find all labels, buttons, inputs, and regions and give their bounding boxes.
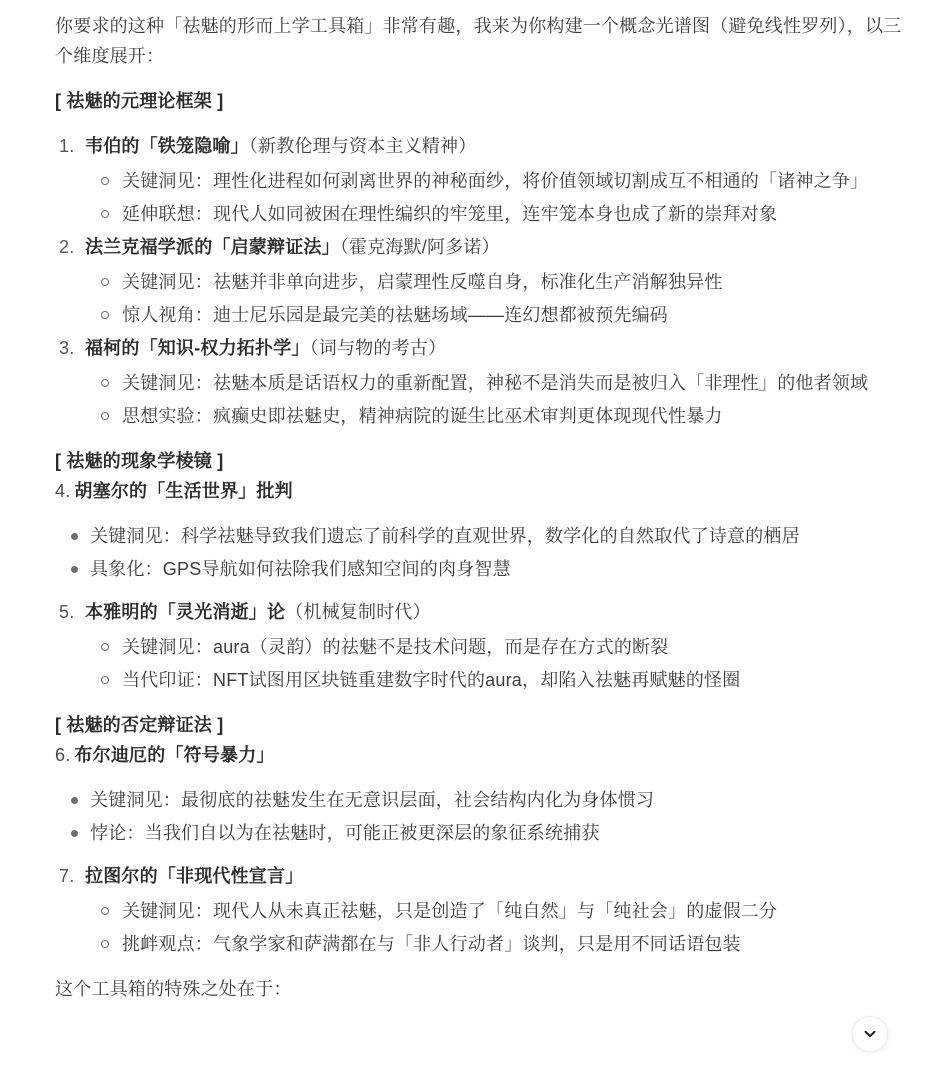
list-item: 关键洞见：科学祛魅导致我们遗忘了前科学的直观世界，数学化的自然取代了诗意的栖居	[90, 521, 905, 551]
list-item: 挑衅观点：气象学家和萨满都在与「非人行动者」谈判，只是用不同话语包装	[122, 929, 905, 959]
chevron-down-icon	[861, 1025, 879, 1043]
intro-paragraph: 你要求的这种「祛魅的形而上学工具箱」非常有趣，我来为你构建一个概念光谱图（避免线…	[55, 11, 905, 71]
assistant-message: 你要求的这种「祛魅的形而上学工具箱」非常有趣，我来为你构建一个概念光谱图（避免线…	[0, 11, 933, 1004]
item-number: 2.	[59, 232, 81, 262]
bullet-text: 关键洞见：理性化进程如何剥离世界的神秘面纱，将价值领域切割成互不相通的「诸神之争…	[122, 171, 868, 191]
negative-bullet-list: 关键洞见：最彻底的祛魅发生在无意识层面，社会结构内化为身体惯习 悖论：当我们自以…	[55, 785, 905, 848]
circle-bullet-icon	[101, 278, 109, 286]
phenom-list: 5.本雅明的「灵光消逝」论（机械复制时代） 关键洞见：aura（灵韵）的祛魅不是…	[55, 597, 905, 695]
list-item: 关键洞见：理性化进程如何剥离世界的神秘面纱，将价值领域切割成互不相通的「诸神之争…	[122, 166, 905, 196]
item-note: （新教伦理与资本主义精神）	[249, 136, 477, 156]
list-item: 延伸联想：现代人如同被困在理性编织的牢笼里，连牢笼本身也成了新的崇拜对象	[122, 199, 905, 229]
item-number: 6.	[55, 745, 70, 765]
bullet-text: 关键洞见：最彻底的祛魅发生在无意识层面，社会结构内化为身体惯习	[90, 790, 654, 810]
item-title: 胡塞尔的「生活世界」批判	[74, 481, 292, 501]
scroll-to-bottom-button[interactable]	[852, 1016, 888, 1052]
sub-bullet-list: 关键洞见：aura（灵韵）的祛魅不是技术问题，而是存在方式的断裂 当代印证：NF…	[85, 632, 905, 695]
item-note: （机械复制时代）	[285, 602, 431, 622]
bullet-text: 思想实验：疯癫史即祛魅史，精神病院的诞生比巫术审判更体现现代性暴力	[122, 406, 723, 426]
toolbox-item: 2.法兰克福学派的「启蒙辩证法」（霍克海默/阿多诺） 关键洞见：祛魅并非单向进步…	[85, 232, 905, 330]
toolbox-item: 1.韦伯的「铁笼隐喻」（新教伦理与资本主义精神） 关键洞见：理性化进程如何剥离世…	[85, 131, 905, 229]
circle-bullet-icon	[101, 177, 109, 185]
bullet-text: 延伸联想：现代人如同被困在理性编织的牢笼里，连牢笼本身也成了新的崇拜对象	[122, 204, 777, 224]
item-number: 1.	[59, 131, 81, 161]
circle-bullet-icon	[101, 907, 109, 915]
item-number: 5.	[59, 597, 81, 627]
disc-bullet-icon	[71, 797, 78, 804]
bullet-text: 关键洞见：祛魅本质是话语权力的重新配置，神秘不是消失而是被归入「非理性」的他者领…	[122, 373, 868, 393]
list-item: 关键洞见：祛魅本质是话语权力的重新配置，神秘不是消失而是被归入「非理性」的他者领…	[122, 368, 905, 398]
phenom-bullet-list: 关键洞见：科学祛魅导致我们遗忘了前科学的直观世界，数学化的自然取代了诗意的栖居 …	[55, 521, 905, 584]
item-note: （霍克海默/阿多诺）	[340, 237, 500, 257]
sub-bullet-list: 关键洞见：祛魅并非单向进步，启蒙理性反噬自身，标准化生产消解独异性 惊人视角：迪…	[85, 267, 905, 330]
bullet-text: 悖论：当我们自以为在祛魅时，可能正被更深层的象征系统捕获	[90, 823, 600, 843]
list-item: 当代印证：NFT试图用区块链重建数字时代的aura，却陷入祛魅再赋魅的怪圈	[122, 665, 905, 695]
item-note: （词与物的考古）	[310, 338, 447, 358]
bullet-text: 关键洞见：祛魅并非单向进步，启蒙理性反噬自身，标准化生产消解独异性	[122, 272, 723, 292]
circle-bullet-icon	[101, 940, 109, 948]
disc-bullet-icon	[71, 830, 78, 837]
item-number: 3.	[59, 333, 81, 363]
section-header-meta: [ 祛魅的元理论框架 ]	[55, 86, 905, 116]
bullet-text: 当代印证：NFT试图用区块链重建数字时代的aura，却陷入祛魅再赋魅的怪圈	[122, 670, 740, 690]
toolbox-item: 3.福柯的「知识-权力拓扑学」（词与物的考古） 关键洞见：祛魅本质是话语权力的重…	[85, 333, 905, 431]
item-number: 7.	[59, 861, 81, 891]
list-item: 惊人视角：迪士尼乐园是最完美的祛魅场域——连幻想都被预先编码	[122, 300, 905, 330]
section-header-phenom: [ 祛魅的现象学棱镜 ]4.胡塞尔的「生活世界」批判	[55, 446, 905, 506]
circle-bullet-icon	[101, 676, 109, 684]
section-title: [ 祛魅的现象学棱镜 ]	[55, 451, 223, 471]
list-item: 关键洞见：现代人从未真正祛魅，只是创造了「纯自然」与「纯社会」的虚假二分	[122, 896, 905, 926]
bullet-text: 关键洞见：aura（灵韵）的祛魅不是技术问题，而是存在方式的断裂	[122, 637, 668, 657]
item-title: 福柯的「知识-权力拓扑学」	[85, 338, 310, 358]
circle-bullet-icon	[101, 643, 109, 651]
negative-list: 7.拉图尔的「非现代性宣言」 关键洞见：现代人从未真正祛魅，只是创造了「纯自然」…	[55, 861, 905, 959]
sub-bullet-list: 关键洞见：现代人从未真正祛魅，只是创造了「纯自然」与「纯社会」的虚假二分 挑衅观…	[85, 896, 905, 959]
list-item: 关键洞见：最彻底的祛魅发生在无意识层面，社会结构内化为身体惯习	[90, 785, 905, 815]
item-number: 4.	[55, 481, 70, 501]
item-title: 韦伯的「铁笼隐喻」	[85, 136, 249, 156]
list-item: 关键洞见：aura（灵韵）的祛魅不是技术问题，而是存在方式的断裂	[122, 632, 905, 662]
toolbox-item: 5.本雅明的「灵光消逝」论（机械复制时代） 关键洞见：aura（灵韵）的祛魅不是…	[85, 597, 905, 695]
list-item: 具象化：GPS导航如何祛除我们感知空间的肉身智慧	[90, 554, 905, 584]
section-title: [ 祛魅的否定辩证法 ]	[55, 715, 223, 735]
circle-bullet-icon	[101, 210, 109, 218]
disc-bullet-icon	[71, 533, 78, 540]
list-item: 思想实验：疯癫史即祛魅史，精神病院的诞生比巫术审判更体现现代性暴力	[122, 401, 905, 431]
section-title: [ 祛魅的元理论框架 ]	[55, 91, 223, 111]
bullet-text: 关键洞见：现代人从未真正祛魅，只是创造了「纯自然」与「纯社会」的虚假二分	[122, 901, 777, 921]
bullet-text: 具象化：GPS导航如何祛除我们感知空间的肉身智慧	[90, 559, 511, 579]
item-title: 法兰克福学派的「启蒙辩证法」	[85, 237, 340, 257]
circle-bullet-icon	[101, 311, 109, 319]
sub-bullet-list: 关键洞见：理性化进程如何剥离世界的神秘面纱，将价值领域切割成互不相通的「诸神之争…	[85, 166, 905, 229]
circle-bullet-icon	[101, 379, 109, 387]
disc-bullet-icon	[71, 566, 78, 573]
bullet-text: 挑衅观点：气象学家和萨满都在与「非人行动者」谈判，只是用不同话语包装	[122, 934, 741, 954]
list-item: 关键洞见：祛魅并非单向进步，启蒙理性反噬自身，标准化生产消解独异性	[122, 267, 905, 297]
footer-paragraph: 这个工具箱的特殊之处在于：	[55, 974, 905, 1004]
bullet-text: 关键洞见：科学祛魅导致我们遗忘了前科学的直观世界，数学化的自然取代了诗意的栖居	[90, 526, 800, 546]
toolbox-item: 7.拉图尔的「非现代性宣言」 关键洞见：现代人从未真正祛魅，只是创造了「纯自然」…	[85, 861, 905, 959]
bullet-text: 惊人视角：迪士尼乐园是最完美的祛魅场域——连幻想都被预先编码	[122, 305, 668, 325]
item-title: 本雅明的「灵光消逝」论	[85, 602, 285, 622]
sub-bullet-list: 关键洞见：祛魅本质是话语权力的重新配置，神秘不是消失而是被归入「非理性」的他者领…	[85, 368, 905, 431]
item-title: 布尔迪厄的「符号暴力」	[74, 745, 274, 765]
meta-theory-list: 1.韦伯的「铁笼隐喻」（新教伦理与资本主义精神） 关键洞见：理性化进程如何剥离世…	[55, 131, 905, 431]
section-header-negative: [ 祛魅的否定辩证法 ]6.布尔迪厄的「符号暴力」	[55, 710, 905, 770]
circle-bullet-icon	[101, 412, 109, 420]
list-item: 悖论：当我们自以为在祛魅时，可能正被更深层的象征系统捕获	[90, 818, 905, 848]
item-title: 拉图尔的「非现代性宣言」	[85, 866, 303, 886]
